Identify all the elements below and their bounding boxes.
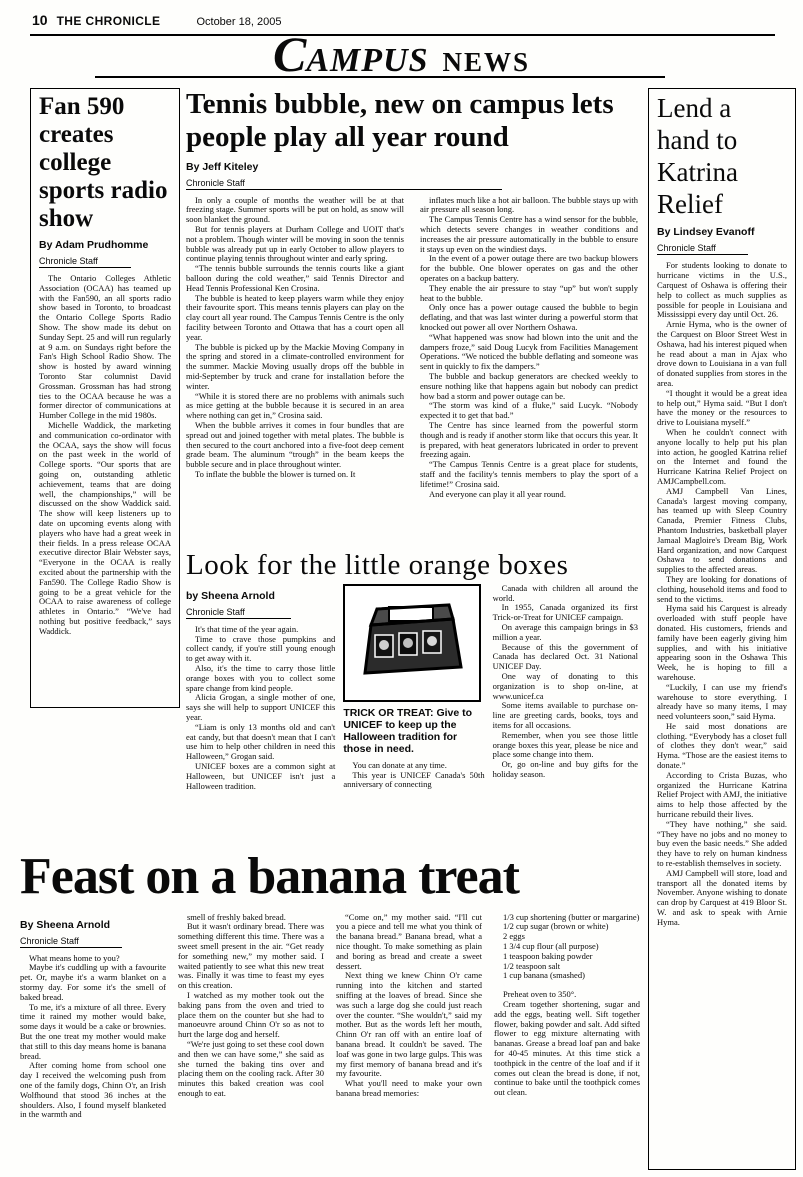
article-paragraph: Maybe it's cuddling up with a favourite …	[20, 963, 166, 1002]
orange-column-1-text: It's that time of the year again.Time to…	[186, 625, 335, 792]
orange-mid-text: You can donate at any time.This year is …	[343, 761, 484, 790]
article-paragraph: AMJ Campbell Van Lines, Canada's largest…	[657, 487, 787, 575]
article-paragraph: “I thought it would be a great idea to h…	[657, 389, 787, 428]
article-paragraph: Canada with children all around the worl…	[493, 584, 638, 604]
unicef-photo-caption: TRICK OR TREAT: Give to UNICEF to keep u…	[343, 707, 484, 755]
article-paragraph: Some items available to purchase on-line…	[493, 701, 638, 730]
banana-column-3: “Come on,” my mother said. “I'll cut you…	[336, 913, 482, 1121]
masthead-initial: C	[273, 26, 306, 82]
article-paragraph: Or, go on-line and buy gifts for the hol…	[493, 760, 638, 780]
article-paragraph: 1 cup banana (smashed)	[494, 971, 640, 981]
article-tennis-bubble: Tennis bubble, new on campus lets people…	[186, 88, 638, 548]
orange-column-3: Canada with children all around the worl…	[493, 584, 638, 792]
article-paragraph: “Luckily, I can use my friend's warehous…	[657, 683, 787, 722]
article-paragraph: “They have nothing,” she said. “They hav…	[657, 820, 787, 869]
katrina-headline: Lend a hand to Katrina Relief	[657, 93, 787, 220]
article-paragraph: Remember, when you see those little oran…	[493, 731, 638, 760]
unicef-photo-frame	[343, 584, 481, 702]
article-paragraph: Michelle Waddick, the marketing and comm…	[39, 421, 171, 637]
recipe-steps: Preheat oven to 350°.Cream together shor…	[494, 990, 640, 1098]
article-paragraph: “Come on,” my mother said. “I'll cut you…	[336, 913, 482, 972]
article-paragraph: “While it is stored there are no problem…	[186, 392, 404, 421]
article-paragraph: They are looking for donations of clothi…	[657, 575, 787, 604]
article-paragraph: And everyone can play it all year round.	[420, 490, 638, 500]
article-paragraph: When he couldn't connect with anyone loc…	[657, 428, 787, 487]
article-paragraph: “We're just going to set these cool down…	[178, 1040, 324, 1099]
article-paragraph: “The tennis bubble surrounds the tennis …	[186, 264, 404, 293]
banana-column-1-text: What means home to you?Maybe it's cuddli…	[20, 954, 166, 1121]
article-paragraph: The bubble is heated to keep players war…	[186, 294, 404, 343]
article-banana-treat: Feast on a banana treat By Sheena Arnold…	[20, 850, 642, 1172]
banana-column-2: smell of freshly baked bread.But it wasn…	[178, 913, 324, 1121]
article-paragraph: Hyma said his Carquest is already overlo…	[657, 604, 787, 682]
article-paragraph: To me, it's a mixture of all three. Ever…	[20, 1003, 166, 1062]
page-header: 10 THE CHRONICLE October 18, 2005	[32, 12, 772, 28]
article-paragraph: “What happened was snow had blown into t…	[420, 333, 638, 372]
byline-role: Chronicle Staff	[39, 256, 131, 268]
banana-headline: Feast on a banana treat	[20, 850, 642, 905]
article-paragraph: The Ontario Colleges Athletic Associatio…	[39, 274, 171, 421]
article-paragraph: The bubble and backup generators are che…	[420, 372, 638, 401]
banana-byline: By Sheena Arnold Chronicle Staff	[20, 919, 166, 949]
article-paragraph: When the bubble arrives it comes in four…	[186, 421, 404, 470]
article-paragraph: Also, it's the time to carry those littl…	[186, 664, 335, 693]
tennis-column-1: In only a couple of months the weather w…	[186, 196, 404, 500]
article-paragraph: Because of this the government of Canada…	[493, 643, 638, 672]
article-paragraph: Alicia Grogan, a single mother of one, s…	[186, 693, 335, 722]
katrina-body: For students looking to donate to hurric…	[657, 261, 787, 927]
byline-name: by Sheena Arnold	[186, 590, 335, 602]
publication-name: THE CHRONICLE	[57, 14, 161, 28]
byline-name: By Jeff Kiteley	[186, 161, 638, 173]
masthead-campus: AMPUS	[306, 42, 428, 79]
katrina-byline: By Lindsey Evanoff Chronicle Staff	[657, 226, 787, 256]
article-paragraph: According to Crista Buzas, who organized…	[657, 771, 787, 820]
article-paragraph: For students looking to donate to hurric…	[657, 261, 787, 320]
article-paragraph: But it wasn't ordinary bread. There was …	[178, 922, 324, 991]
recipe-ingredients: 1/3 cup shortening (butter or margarine)…	[494, 913, 640, 982]
article-paragraph: The Campus Tennis Centre has a wind sens…	[420, 215, 638, 254]
article-orange-boxes: Look for the little orange boxes by Shee…	[186, 550, 638, 852]
byline-role: Chronicle Staff	[20, 936, 122, 948]
orange-column-1: by Sheena Arnold Chronicle Staff It's th…	[186, 584, 335, 792]
article-paragraph: UNICEF boxes are a common sight at Hallo…	[186, 762, 335, 791]
byline-name: By Lindsey Evanoff	[657, 226, 787, 238]
article-paragraph: The Centre has since learned from the po…	[420, 421, 638, 460]
article-paragraph: In the event of a power outage there are…	[420, 254, 638, 283]
article-katrina-relief: Lend a hand to Katrina Relief By Lindsey…	[648, 88, 796, 1170]
page-number: 10	[32, 12, 48, 28]
article-paragraph: To inflate the bubble the blower is turn…	[186, 470, 404, 480]
article-paragraph: They enable the air pressure to stay “up…	[420, 284, 638, 304]
tennis-byline: By Jeff Kiteley Chronicle Staff	[186, 161, 638, 191]
article-paragraph: “The storm was kind of a fluke,” said Lu…	[420, 401, 638, 421]
orange-headline: Look for the little orange boxes	[186, 550, 638, 582]
article-fan590: Fan 590 creates college sports radio sho…	[30, 88, 180, 708]
orange-photo-column: TRICK OR TREAT: Give to UNICEF to keep u…	[343, 584, 484, 792]
article-paragraph: Cream together shortening, sugar and add…	[494, 1000, 640, 1098]
newspaper-page: 10 THE CHRONICLE October 18, 2005 CAMPUS…	[0, 0, 803, 1177]
article-paragraph: He said most donations are clothing. “Ev…	[657, 722, 787, 771]
masthead-news: NEWS	[442, 47, 530, 77]
tennis-headline: Tennis bubble, new on campus lets people…	[186, 88, 638, 155]
article-paragraph: I watched as my mother took out the baki…	[178, 991, 324, 1040]
byline-role: Chronicle Staff	[657, 243, 748, 255]
article-paragraph: Only once has a power outage caused the …	[420, 303, 638, 332]
banana-recipe-column: 1/3 cup shortening (butter or margarine)…	[494, 913, 640, 1121]
byline-role: Chronicle Staff	[186, 178, 502, 190]
byline-name: By Sheena Arnold	[20, 919, 166, 931]
publication-date: October 18, 2005	[196, 16, 281, 28]
fan590-headline: Fan 590 creates college sports radio sho…	[39, 93, 171, 233]
section-masthead: CAMPUS NEWS	[0, 34, 803, 80]
article-paragraph: In only a couple of months the weather w…	[186, 196, 404, 225]
article-paragraph: Next thing we knew Chinn O'r came runnin…	[336, 971, 482, 1079]
fan590-body: The Ontario Colleges Athletic Associatio…	[39, 274, 171, 636]
article-paragraph: After coming home from school one day I …	[20, 1061, 166, 1120]
article-paragraph: One way of donating to this organization…	[493, 672, 638, 701]
article-paragraph: In 1955, Canada organized its first Tric…	[493, 603, 638, 623]
byline-role: Chronicle Staff	[186, 607, 291, 619]
article-paragraph: Arnie Hyma, who is the owner of the Carq…	[657, 320, 787, 389]
banana-column-1: By Sheena Arnold Chronicle Staff What me…	[20, 913, 166, 1121]
article-paragraph: The bubble is picked up by the Mackie Mo…	[186, 343, 404, 392]
tennis-column-2: inflates much like a hot air balloon. Th…	[420, 196, 638, 500]
article-paragraph: On average this campaign brings in $3 mi…	[493, 623, 638, 643]
article-paragraph: inflates much like a hot air balloon. Th…	[420, 196, 638, 216]
article-paragraph: “Liam is only 13 months old and can't ea…	[186, 723, 335, 762]
unicef-box-illustration	[353, 595, 471, 691]
article-paragraph: But for tennis players at Durham College…	[186, 225, 404, 264]
byline-name: By Adam Prudhomme	[39, 239, 171, 251]
article-paragraph: “The Campus Tennis Centre is a great pla…	[420, 460, 638, 489]
fan590-byline: By Adam Prudhomme Chronicle Staff	[39, 239, 171, 269]
article-paragraph: Time to crave those pumpkins and collect…	[186, 635, 335, 664]
article-paragraph: AMJ Campbell will store, load and transp…	[657, 869, 787, 928]
article-paragraph: What you'll need to make your own banana…	[336, 1079, 482, 1099]
article-paragraph: This year is UNICEF Canada's 50th annive…	[343, 771, 484, 791]
orange-byline: by Sheena Arnold Chronicle Staff	[186, 590, 335, 620]
masthead-rule	[95, 76, 665, 78]
